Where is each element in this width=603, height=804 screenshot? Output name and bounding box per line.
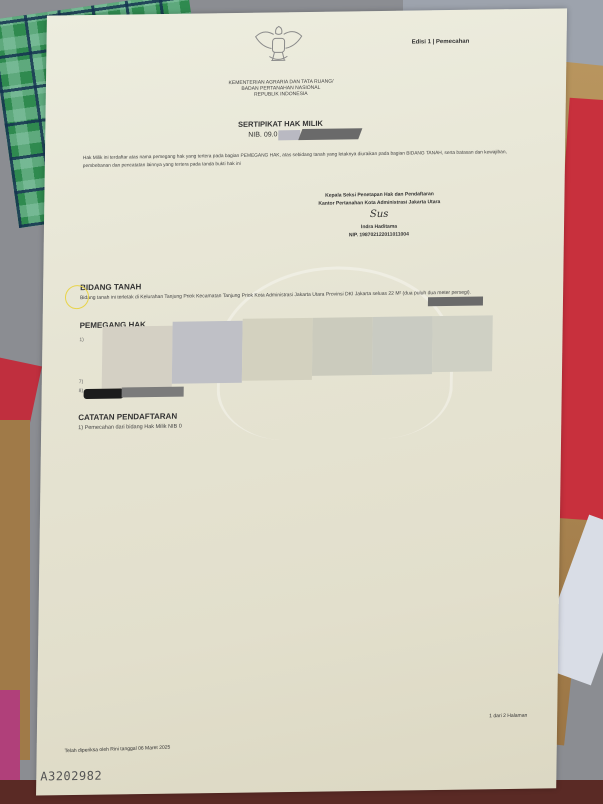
registration-note: 1) Pemecahan dari bidang Hak Milik NIB 0 <box>78 424 182 431</box>
signer-block: Kepala Seksi Penetapan Hak dan Pendaftar… <box>284 190 475 241</box>
certificate-intro: Hak Milik ini terdaftar atas nama pemega… <box>83 149 513 171</box>
redaction-block <box>172 321 243 384</box>
pink-object <box>0 690 20 790</box>
garuda-emblem-icon <box>251 20 306 71</box>
yellow-highlight-mark <box>65 285 89 309</box>
redaction-block <box>298 128 362 140</box>
redaction-block <box>122 387 184 398</box>
serial-number: A3202982 <box>40 769 102 784</box>
redaction-block <box>428 296 483 306</box>
holder-line: 8) <box>79 388 84 394</box>
ministry-header: KEMENTERIAN AGRARIA DAN TATA RUANG/ BADA… <box>46 76 516 101</box>
redaction-block <box>102 326 173 389</box>
redaction-block <box>432 315 493 372</box>
certificate-title: SERTIPIKAT HAK MILIK <box>45 116 515 132</box>
redaction-block <box>312 317 373 376</box>
redaction-block <box>278 130 300 140</box>
nib-number: NIB. 09.0 <box>248 131 277 138</box>
section-heading-land: BIDANG TANAH <box>80 282 141 292</box>
holder-line: 1) <box>79 337 84 343</box>
holder-line: 7) <box>79 379 84 385</box>
edition-label: Edisi 1 | Pemecahan <box>412 39 470 46</box>
checked-by-note: Telah diperiksa oleh Rini tanggal 06 Mar… <box>65 745 171 755</box>
page-indicator: 1 dari 2 Halaman <box>489 713 527 720</box>
signer-nip: NIP. 198702122011011004 <box>284 230 474 241</box>
section-heading-registration: CATATAN PENDAFTARAN <box>78 412 177 422</box>
redaction-block <box>372 316 433 375</box>
redaction-block <box>84 388 124 399</box>
redaction-block <box>242 318 313 381</box>
land-certificate-page: Edisi 1 | Pemecahan KEMENTERIAN AGRARIA … <box>36 8 567 795</box>
